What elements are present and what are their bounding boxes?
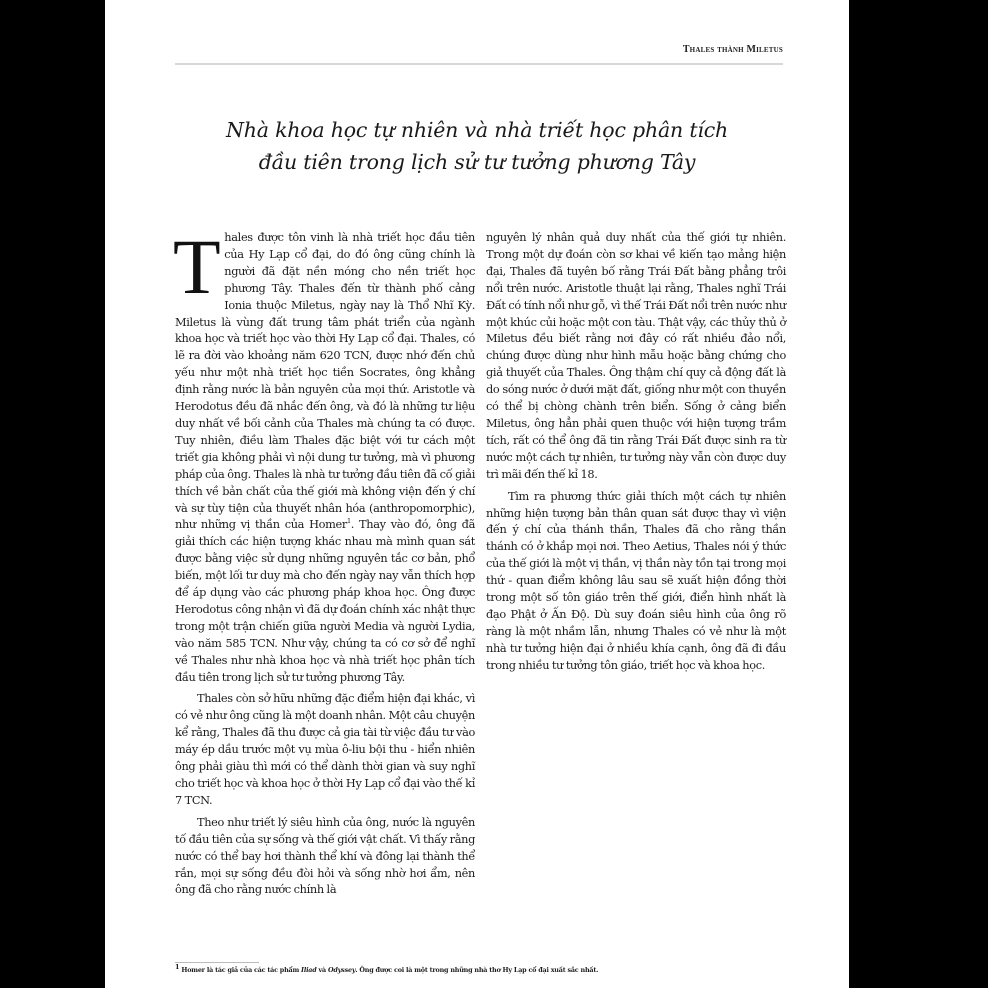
footnote-text-c: . Ông được coi là một trong những nhà th… xyxy=(355,966,598,974)
footnote-text-a: Homer là tác giả của các tác phẩm xyxy=(179,966,301,974)
drop-cap: T xyxy=(173,235,220,299)
footnote-work-odyssey: Odyssey xyxy=(328,966,355,974)
running-head: Thales thành Miletus xyxy=(683,44,783,55)
chapter-title-line-1: Nhà khoa học tự nhiên và nhà triết học p… xyxy=(135,114,819,146)
paragraph-5: Tìm ra phương thức giải thích một cách t… xyxy=(486,488,786,674)
paragraph-1-text-b: . Thay vào đó, ông đã giải thích các hiệ… xyxy=(175,517,475,683)
header-rule xyxy=(175,63,783,65)
chapter-title-line-2: đầu tiên trong lịch sử tư tưởng phương T… xyxy=(135,146,819,178)
footnote-text-b: và xyxy=(317,966,329,974)
paragraph-4: nguyên lý nhân quả duy nhất của thế giới… xyxy=(486,229,786,483)
paragraph-1: Thales được tôn vinh là nhà triết học đầ… xyxy=(175,229,475,685)
chapter-title: Nhà khoa học tự nhiên và nhà triết học p… xyxy=(135,114,819,178)
book-page: Thales thành Miletus Nhà khoa học tự nhi… xyxy=(105,0,849,988)
right-column: nguyên lý nhân quả duy nhất của thế giới… xyxy=(486,229,786,679)
footnote: 1 Homer là tác giả của các tác phẩm Ilia… xyxy=(175,966,795,975)
footnote-work-iliad: Iliad xyxy=(301,966,316,974)
paragraph-3: Theo như triết lý siêu hình của ông, nướ… xyxy=(175,814,475,899)
left-column: Thales được tôn vinh là nhà triết học đầ… xyxy=(175,229,475,903)
paragraph-2: Thales còn sở hữu những đặc điểm hiện đạ… xyxy=(175,690,475,808)
footnote-rule xyxy=(175,962,259,963)
